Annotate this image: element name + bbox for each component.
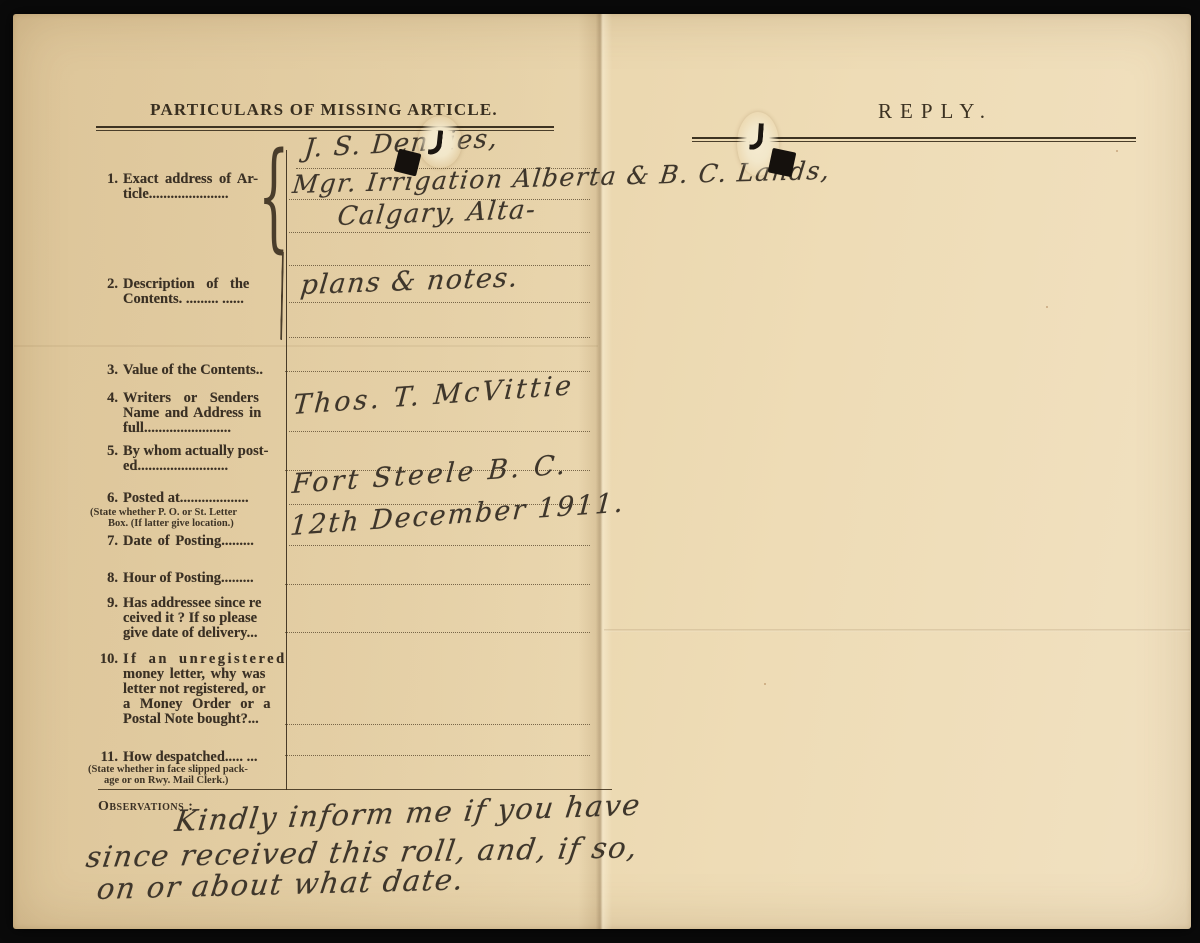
dotted-answer-line — [289, 431, 590, 432]
horizontal-crease-right — [604, 629, 1190, 632]
item-6-number: 6. — [88, 491, 118, 506]
dotted-answer-line — [285, 584, 590, 585]
item-8-number: 8. — [88, 571, 118, 586]
item-10-label: Postal Note bought?... — [123, 712, 259, 727]
item-8-label: Hour of Posting......... — [123, 571, 254, 586]
item-1-label: Exact address of Ar- — [123, 172, 258, 187]
item-10-label: a Money Order or a — [123, 697, 271, 712]
scanned-document: PARTICULARS OF MISSING ARTICLE. REPLY. 1… — [0, 0, 1200, 943]
dotted-answer-line — [285, 755, 590, 756]
observations-rule — [98, 789, 612, 790]
paper-speck — [1046, 306, 1048, 308]
item-7-number: 7. — [88, 534, 118, 549]
item-9-label: ceived it ? If so please — [123, 611, 257, 626]
item-3-number: 3. — [88, 363, 118, 378]
item-11-number: 11. — [88, 750, 118, 765]
item-10-number: 10. — [88, 652, 118, 667]
item-11-note: age or on Rwy. Mail Clerk.) — [104, 775, 228, 786]
item-5-label: By whom actually post- — [123, 444, 268, 459]
item-6-label: Posted at................... — [123, 491, 249, 506]
item-10-label: If an unregistered — [123, 652, 287, 667]
item-5-label: ed......................... — [123, 459, 228, 474]
horizontal-crease-left — [14, 345, 598, 347]
item-11-label: How despatched..... ... — [123, 750, 258, 765]
item-3-label: Value of the Contents.. — [123, 363, 263, 378]
paper-speck — [764, 683, 766, 685]
ink-mark-right — [768, 148, 797, 177]
dotted-answer-line — [289, 337, 590, 338]
item-1-label: ticle...................... — [123, 187, 229, 202]
item-10-label: money letter, why was — [123, 667, 265, 682]
left-page-title: PARTICULARS OF MISSING ARTICLE. — [138, 100, 510, 120]
dotted-answer-line — [289, 302, 590, 303]
item-4-label: Writers or Senders — [123, 391, 259, 406]
item-4-label: full........................ — [123, 421, 231, 436]
item-6-note: (State whether P. O. or St. Letter — [90, 507, 237, 518]
paper-speck — [447, 858, 449, 860]
item-2-number: 2. — [88, 277, 118, 292]
item-6-note: Box. (If latter give location.) — [108, 518, 234, 529]
item-9-label: Has addressee since re — [123, 596, 261, 611]
dotted-answer-line — [289, 545, 590, 546]
item-4-number: 4. — [88, 391, 118, 406]
item-2-label: Description of the — [123, 277, 249, 292]
item-10-label: letter not registered, or — [123, 682, 266, 697]
answer-brace: { — [258, 136, 290, 254]
dotted-answer-line — [285, 724, 590, 725]
paper-speck — [1116, 150, 1118, 152]
item-11-note: (State whether in face slipped pack- — [88, 764, 248, 775]
item-7-label: Date of Posting......... — [123, 534, 254, 549]
item-9-number: 9. — [88, 596, 118, 611]
item-1-number: 1. — [88, 172, 118, 187]
item-4-label: Name and Address in — [123, 406, 261, 421]
dotted-answer-line — [285, 632, 590, 633]
item-9-label: give date of delivery... — [123, 626, 258, 641]
item-5-number: 5. — [88, 444, 118, 459]
dotted-answer-line — [289, 232, 590, 233]
reply-title: REPLY. — [828, 99, 1043, 124]
item-2-label: Contents. ......... ...... — [123, 292, 244, 307]
